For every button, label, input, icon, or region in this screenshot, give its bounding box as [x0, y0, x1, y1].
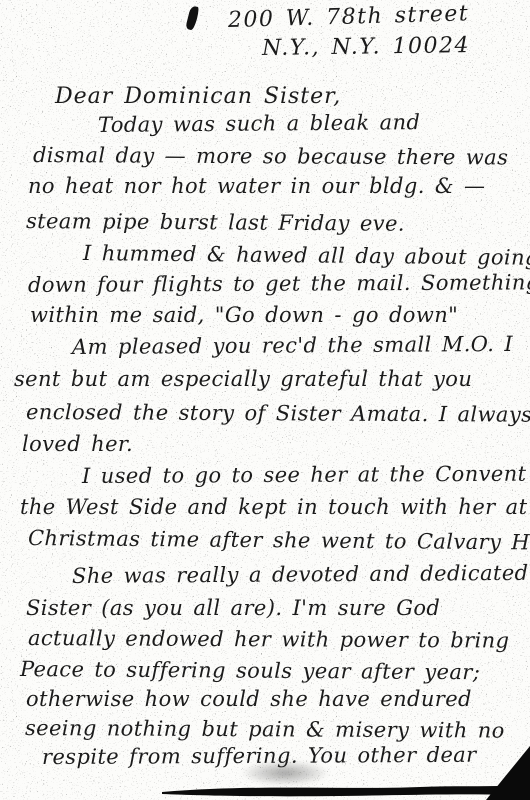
letter-line: Am pleased you rec'd the small M.O. I — [72, 332, 513, 359]
letter-line: down four flights to get the mail. Somet… — [28, 270, 530, 297]
letter-line: no heat nor hot water in our bldg. & — — [28, 174, 485, 198]
letter-line: steam pipe burst last Friday eve. — [26, 209, 405, 236]
letter-line: Today was such a bleak and — [98, 110, 421, 137]
letter-line: Sister (as you all are). I'm sure God — [26, 596, 440, 620]
address-line-2: N.Y., N.Y. 10024 — [262, 33, 470, 61]
address-line-1: 200 W. 78th street — [228, 1, 470, 33]
letter-line: Peace to suffering souls year after year… — [20, 657, 480, 684]
salutation: Dear Dominican Sister, — [55, 84, 341, 109]
letter-line: Christmas time after she went to Calvary… — [28, 526, 530, 555]
page-corner-shadow — [486, 746, 530, 800]
letter-line: dismal day — more so because there was — [33, 143, 508, 169]
letter-line: She was really a devoted and dedicated — [72, 561, 529, 588]
letter-line: enclosed the story of Sister Amata. I al… — [26, 400, 530, 427]
letter-line: loved her. — [22, 432, 133, 456]
letter-line: seeing nothing but pain & misery with no — [25, 716, 505, 743]
letter-line: actually endowed her with power to bring — [28, 626, 510, 653]
ink-blot — [185, 5, 200, 30]
scanned-letter-page: 200 W. 78th street N.Y., N.Y. 10024 Dear… — [0, 0, 530, 800]
letter-line: I hummed & hawed all day about going — [83, 241, 530, 270]
letter-line: within me said, "Go down - go down" — [30, 303, 458, 327]
letter-line: otherwise how could she have endured — [26, 687, 472, 711]
letter-line: I used to go to see her at the Convent o… — [82, 461, 530, 488]
letter-line: sent but am especially grateful that you — [14, 367, 472, 391]
smudge-mark — [240, 760, 330, 786]
letter-line: the West Side and kept in touch with her… — [20, 495, 527, 519]
